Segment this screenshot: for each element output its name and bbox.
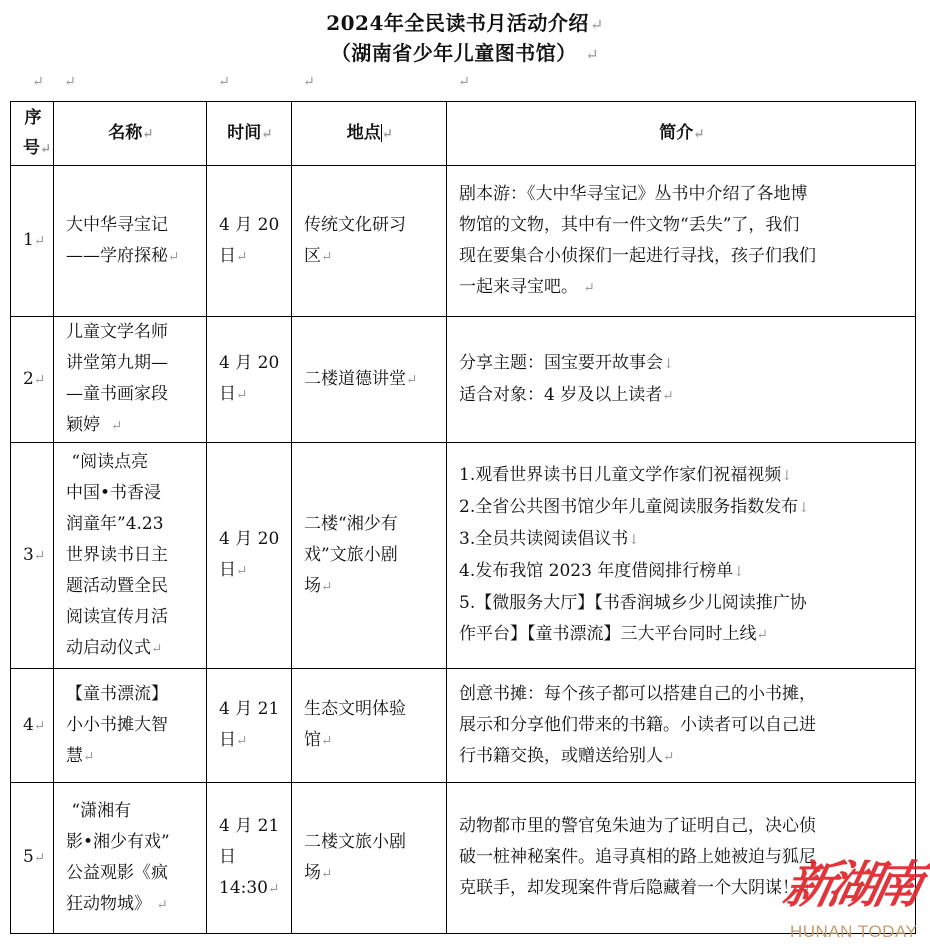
paragraph-mark: ↵ [32,74,44,90]
intro-line: 1.观看世界读书日儿童文学作家们祝福视频 [459,465,781,485]
paragraph-mark: ↵ [590,15,604,34]
document-title: 2024年全民读书月活动介绍↵ [0,8,930,40]
name-line: 题活动暨全民 [66,571,196,602]
paragraph-mark: ↵ [663,749,674,765]
title-line-1: 2024年全民读书月活动介绍 [326,11,589,35]
paragraph-mark: ↵ [382,126,393,142]
header-intro[interactable]: 简介↵ [447,102,916,166]
intro-line: 现在要集合小侦探们一起进行寻找，孩子们我们 [459,241,905,272]
intro-line: 创意书摊：每个孩子都可以搭建自己的小书摊， [459,679,905,710]
title-line-2: （湖南省少年儿童图书馆） [331,41,577,65]
paragraph-mark: ↵ [303,74,315,90]
paragraph-mark: ↵ [34,233,45,249]
intro-line: 一起来寻宝吧。 [459,277,578,297]
paragraph-mark: ↵ [585,45,599,64]
line-break-mark: ↓ [798,500,809,516]
cell-intro[interactable]: 创意书摊：每个孩子都可以搭建自己的小书摊， 展示和分享他们带来的书籍。小读者可以… [447,669,916,783]
place-line: 二楼文旅小剧 [304,827,436,858]
cell-name[interactable]: “阅读点亮 中国•书香浸 润童年”4.23 世界读书日主 题活动暨全民 阅读宣传… [54,443,207,669]
header-name-label: 名称 [108,123,142,143]
index-value: 5 [23,847,34,867]
cell-time[interactable]: 4 月 20 日↵ [207,443,292,669]
intro-line: 2.全省公共图书馆少年儿童阅读服务指数发布 [459,497,798,517]
cell-time[interactable]: 4 月 20 日↵ [207,166,292,317]
intro-line: 剧本游：《大中华寻宝记》丛书中介绍了各地博 [459,179,905,210]
name-line: 小小书摊大智 [66,710,196,741]
cell-intro[interactable]: 动物都市里的警官兔朱迪为了证明自己，决心侦 破一桩神秘案件。追寻真相的路上她被迫… [447,783,916,934]
name-line: 儿童文学名师 [66,317,196,348]
place-line: 生态文明体验 [304,694,436,725]
paragraph-mark: ↵ [321,249,332,265]
time-line: 4 月 21 [219,811,281,842]
activity-schedule-table: 序号↵ 名称↵ 时间↵ 地点↵ 简介↵ 1↵ 大中华寻宝记 ——学府探秘↵ 4 … [10,101,916,934]
cell-index[interactable]: 5↵ [11,783,54,934]
intro-line: 5.【微服务大厅】【书香润城乡少儿阅读推广协 [459,588,905,619]
paragraph-mark: ↵ [142,126,153,142]
paragraph-mark: ↵ [757,627,768,643]
name-line: 影•湘少有戏” [66,827,196,858]
intro-line: 适合对象：4 岁及以上读者 [459,385,662,405]
paragraph-mark: ↵ [321,579,332,595]
name-line: 颖婷 [66,415,111,435]
empty-paragraph-marks: ↵ ↵ ↵ ↵ ↵ [0,74,930,94]
line-break-mark: ↓ [628,532,639,548]
name-line: “阅读点亮 [66,447,196,478]
cell-intro[interactable]: 剧本游：《大中华寻宝记》丛书中介绍了各地博 物馆的文物，其中有一件文物“丢失”了… [447,166,916,317]
cell-name[interactable]: “潇湘有 影•湘少有戏” 公益观影《疯 狂动物城》 ↵ [54,783,207,934]
index-value: 3 [23,545,34,565]
paragraph-mark: ↵ [236,733,247,749]
place-line: 戏”文旅小剧 [304,540,436,571]
intro-line: 动物都市里的警官兔朱迪为了证明自己，决心侦 [459,811,905,842]
cell-time[interactable]: 4 月 21 日↵ [207,669,292,783]
line-break-mark: ↓ [733,564,744,580]
cell-place[interactable]: 二楼“湘少有 戏”文旅小剧 场↵ [292,443,447,669]
cell-place[interactable]: 二楼文旅小剧 场↵ [292,783,447,934]
paragraph-mark: ↵ [236,563,247,579]
name-line: 【童书漂流】 [66,679,196,710]
paragraph-mark: ↵ [34,718,45,734]
name-line: “潇湘有 [66,796,196,827]
table-row: 4↵ 【童书漂流】 小小书摊大智 慧↵ 4 月 21 日↵ 生态文明体验 馆↵ … [11,669,916,783]
table-row: 3↵ “阅读点亮 中国•书香浸 润童年”4.23 世界读书日主 题活动暨全民 阅… [11,443,916,669]
paragraph-mark: ↵ [34,372,45,388]
place-line: 传统文化研习 [304,210,436,241]
paragraph-mark: ↵ [156,897,167,913]
paragraph-mark: ↵ [693,126,704,142]
name-line: 大中华寻宝记 [66,210,196,241]
header-index-line2: 号 [23,138,40,158]
table-row: 5↵ “潇湘有 影•湘少有戏” 公益观影《疯 狂动物城》 ↵ 4 月 21 日 … [11,783,916,934]
index-value: 4 [23,715,34,735]
paragraph-mark: ↵ [111,418,122,434]
cell-place[interactable]: 二楼道德讲堂↵ [292,317,447,443]
paragraph-mark: ↵ [406,372,417,388]
cell-name[interactable]: 大中华寻宝记 ——学府探秘↵ [54,166,207,317]
cell-intro[interactable]: 1.观看世界读书日儿童文学作家们祝福视频↓ 2.全省公共图书馆少年儿童阅读服务指… [447,443,916,669]
intro-line: 物馆的文物，其中有一件文物“丢失”了，我们 [459,210,905,241]
paragraph-mark: ↵ [321,733,332,749]
time-line: 日 [219,730,236,750]
paragraph-mark: ↵ [583,280,594,296]
cell-place[interactable]: 生态文明体验 馆↵ [292,669,447,783]
cell-index[interactable]: 2↵ [11,317,54,443]
name-line: 润童年”4.23 [66,509,196,540]
paragraph-mark: ↵ [34,850,45,866]
paragraph-mark: ↵ [83,749,94,765]
time-line: 日 [219,842,281,873]
place-line: 场 [304,576,321,596]
time-line: 14:30 [219,878,268,898]
intro-line: 作平台】【童书漂流】三大平台同时上线 [459,624,757,644]
paragraph-mark: ↵ [261,126,272,142]
time-line: 日 [219,560,236,580]
header-time-label: 时间 [227,123,261,143]
header-place[interactable]: 地点↵ [292,102,447,166]
document-subtitle: （湖南省少年儿童图书馆） ↵ [0,38,930,70]
paragraph-mark: ↵ [236,249,247,265]
name-line: 阅读宣传月活 [66,602,196,633]
header-intro-label: 简介 [659,123,693,143]
paragraph-mark: ↵ [662,388,673,404]
header-index-line1: 序 [23,103,43,133]
place-line: 场 [304,863,321,883]
time-line: 4 月 21 [219,694,281,725]
paragraph-mark: ↵ [218,74,230,90]
paragraph-mark: ↵ [268,881,279,897]
intro-line: 3.全员共读阅读倡议书 [459,529,628,549]
place-line: 二楼道德讲堂 [304,369,406,389]
paragraph-mark: ↵ [34,548,45,564]
cell-time[interactable]: 4 月 20 日↵ [207,317,292,443]
name-line: 讲堂第九期— [66,348,196,379]
name-line: 慧 [66,746,83,766]
table-row: 1↵ 大中华寻宝记 ——学府探秘↵ 4 月 20 日↵ 传统文化研习 区↵ 剧本… [11,166,916,317]
header-name[interactable]: 名称↵ [54,102,207,166]
table-header-row: 序号↵ 名称↵ 时间↵ 地点↵ 简介↵ [11,102,916,166]
cell-place[interactable]: 传统文化研习 区↵ [292,166,447,317]
cell-name[interactable]: 儿童文学名师 讲堂第九期— —童书画家段 颖婷 ↵ [54,317,207,443]
name-line: ——学府探秘 [66,246,168,266]
place-line: 二楼“湘少有 [304,509,436,540]
paragraph-mark: ↵ [151,641,162,657]
cell-time[interactable]: 4 月 21 日 14:30↵ [207,783,292,934]
time-line: 日 [219,246,236,266]
paragraph-mark: ↵ [799,881,810,897]
cell-index[interactable]: 3↵ [11,443,54,669]
table-row: 2↵ 儿童文学名师 讲堂第九期— —童书画家段 颖婷 ↵ 4 月 20 日↵ 二… [11,317,916,443]
time-line: 4 月 20 [219,348,281,379]
line-break-mark: ↓ [781,468,792,484]
line-break-mark: ↓ [663,356,674,372]
paragraph-mark: ↵ [236,387,247,403]
place-line: 馆 [304,730,321,750]
place-line: 区 [304,246,321,266]
time-line: 4 月 20 [219,524,281,555]
header-time[interactable]: 时间↵ [207,102,292,166]
header-place-label: 地点 [347,123,381,143]
paragraph-mark: ↵ [168,249,179,265]
name-line: 世界读书日主 [66,540,196,571]
name-line: 公益观影《疯 [66,858,196,889]
header-index[interactable]: 序号↵ [11,102,54,166]
paragraph-mark: ↵ [321,866,332,882]
intro-line: 4.发布我馆 2023 年度借阅排行榜单 [459,561,733,581]
cell-index[interactable]: 4↵ [11,669,54,783]
time-line: 4 月 20 [219,210,281,241]
cell-name[interactable]: 【童书漂流】 小小书摊大智 慧↵ [54,669,207,783]
document-page: 2024年全民读书月活动介绍↵ （湖南省少年儿童图书馆） ↵ ↵ ↵ ↵ ↵ ↵… [0,0,930,946]
paragraph-mark: ↵ [64,74,76,90]
intro-line: 分享主题：国宝要开故事会 [459,353,663,373]
paragraph-mark: ↵ [40,141,51,157]
intro-line: 展示和分享他们带来的书籍。小读者可以自己进 [459,710,905,741]
name-line: 中国•书香浸 [66,478,196,509]
cell-index[interactable]: 1↵ [11,166,54,317]
intro-line: 破一桩神秘案件。追寻真相的路上她被迫与狐尼 [459,842,905,873]
time-line: 日 [219,384,236,404]
name-line: —童书画家段 [66,379,196,410]
intro-line: 行书籍交换，或赠送给别人 [459,746,663,766]
paragraph-mark: ↵ [458,74,470,90]
name-line: 狂动物城》 [66,894,151,914]
index-value: 1 [23,230,34,250]
index-value: 2 [23,369,34,389]
intro-line: 克联手，却发现案件背后隐藏着一个大阴谋！ [459,878,799,898]
name-line: 动启动仪式 [66,638,151,658]
cell-intro[interactable]: 分享主题：国宝要开故事会↓ 适合对象：4 岁及以上读者↵ [447,317,916,443]
